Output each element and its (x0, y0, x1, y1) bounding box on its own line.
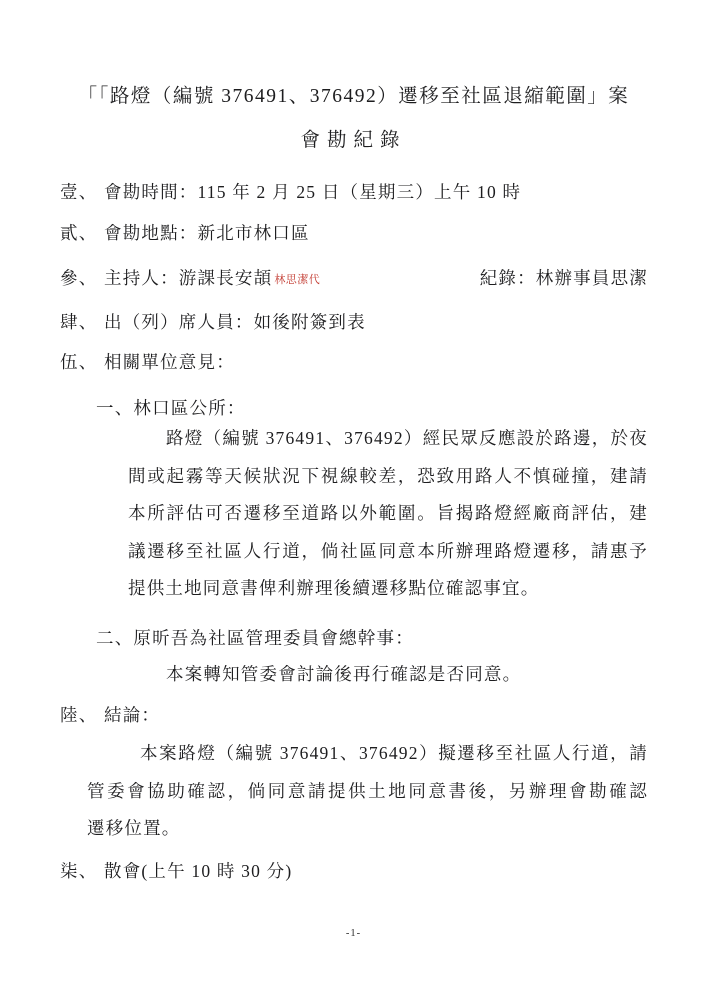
paragraph-line: 路燈（編號 376491、376492）經民眾反應設於路邊，於夜 (128, 420, 648, 458)
paragraph-line: 本所評估可否遷移至道路以外範圍。旨揭路燈經廠商評估，建 (128, 495, 648, 533)
paragraph-line: 間或起霧等天候狀況下視線較差，恐致用路人不慎碰撞，建請 (128, 458, 648, 496)
paragraph-line: 本案路燈（編號 376491、376492）擬遷移至社區人行道，請 (87, 735, 648, 773)
paragraph-line: 議遷移至社區人行道，倘社區同意本所辦理路燈遷移，請惠予 (128, 533, 648, 571)
item-number: 伍、 (60, 350, 104, 374)
paragraph-line: 管委會協助確認，倘同意請提供土地同意書後，另辦理會勘確認 (87, 773, 648, 811)
document-page: 「「路燈（編號 376491、376492）遷移至社區退縮範圍」案 會勘紀錄 壹… (0, 0, 707, 1000)
item-chairperson: 參、 主持人：游課長安頡 林思潔代 紀錄：林辦事員思潔 (60, 266, 648, 290)
item-meeting-time: 壹、 會勘時間：115 年 2 月 25 日（星期三）上午 10 時 (60, 180, 648, 204)
subitem-community-manager-heading: 二、原昕吾為社區管理委員會總幹事： (96, 626, 648, 650)
conclusion-paragraph: 本案路燈（編號 376491、376492）擬遷移至社區人行道，請 管委會協助確… (87, 735, 648, 848)
item-conclusion: 陸、 結論： (60, 703, 648, 727)
item-number: 參、 (60, 266, 104, 290)
substitute-annotation: 林思潔代 (274, 274, 320, 290)
paragraph-line: 提供土地同意書俾利辦理後續遷移點位確認事宜。 (128, 570, 648, 608)
item-number: 壹、 (60, 180, 104, 204)
item-number: 陸、 (60, 703, 104, 727)
chairperson-text: 主持人：游課長安頡 (104, 266, 272, 290)
recorder-text: 紀錄：林辦事員思潔 (480, 266, 648, 290)
item-number: 柒、 (60, 859, 104, 883)
item-attendees: 肆、 出（列）席人員：如後附簽到表 (60, 310, 648, 334)
item-text: 相關單位意見： (104, 350, 235, 374)
item-text: 會勘時間：115 年 2 月 25 日（星期三）上午 10 時 (104, 180, 521, 204)
subitem-linkou-office-heading: 一、林口區公所： (96, 396, 648, 420)
item-text: 散會(上午 10 時 30 分) (104, 859, 292, 883)
page-number: -1- (0, 928, 707, 939)
item-text: 結論： (104, 703, 160, 727)
document-title-line2: 會勘紀錄 (0, 128, 707, 154)
linkou-office-paragraph: 路燈（編號 376491、376492）經民眾反應設於路邊，於夜 間或起霧等天候… (128, 420, 648, 608)
item-adjournment: 柒、 散會(上午 10 時 30 分) (60, 859, 648, 883)
item-text: 會勘地點：新北市林口區 (104, 221, 310, 245)
chairperson-group: 參、 主持人：游課長安頡 林思潔代 (60, 266, 320, 290)
item-unit-opinions: 伍、 相關單位意見： (60, 350, 648, 374)
item-number: 肆、 (60, 310, 104, 334)
item-text: 出（列）席人員：如後附簽到表 (104, 310, 366, 334)
item-meeting-place: 貳、 會勘地點：新北市林口區 (60, 221, 648, 245)
community-manager-paragraph: 本案轉知管委會討論後再行確認是否同意。 (166, 662, 648, 686)
paragraph-line: 遷移位置。 (87, 810, 648, 848)
item-number: 貳、 (60, 221, 104, 245)
document-title-line1: 「「路燈（編號 376491、376492）遷移至社區退縮範圍」案 (0, 84, 707, 110)
